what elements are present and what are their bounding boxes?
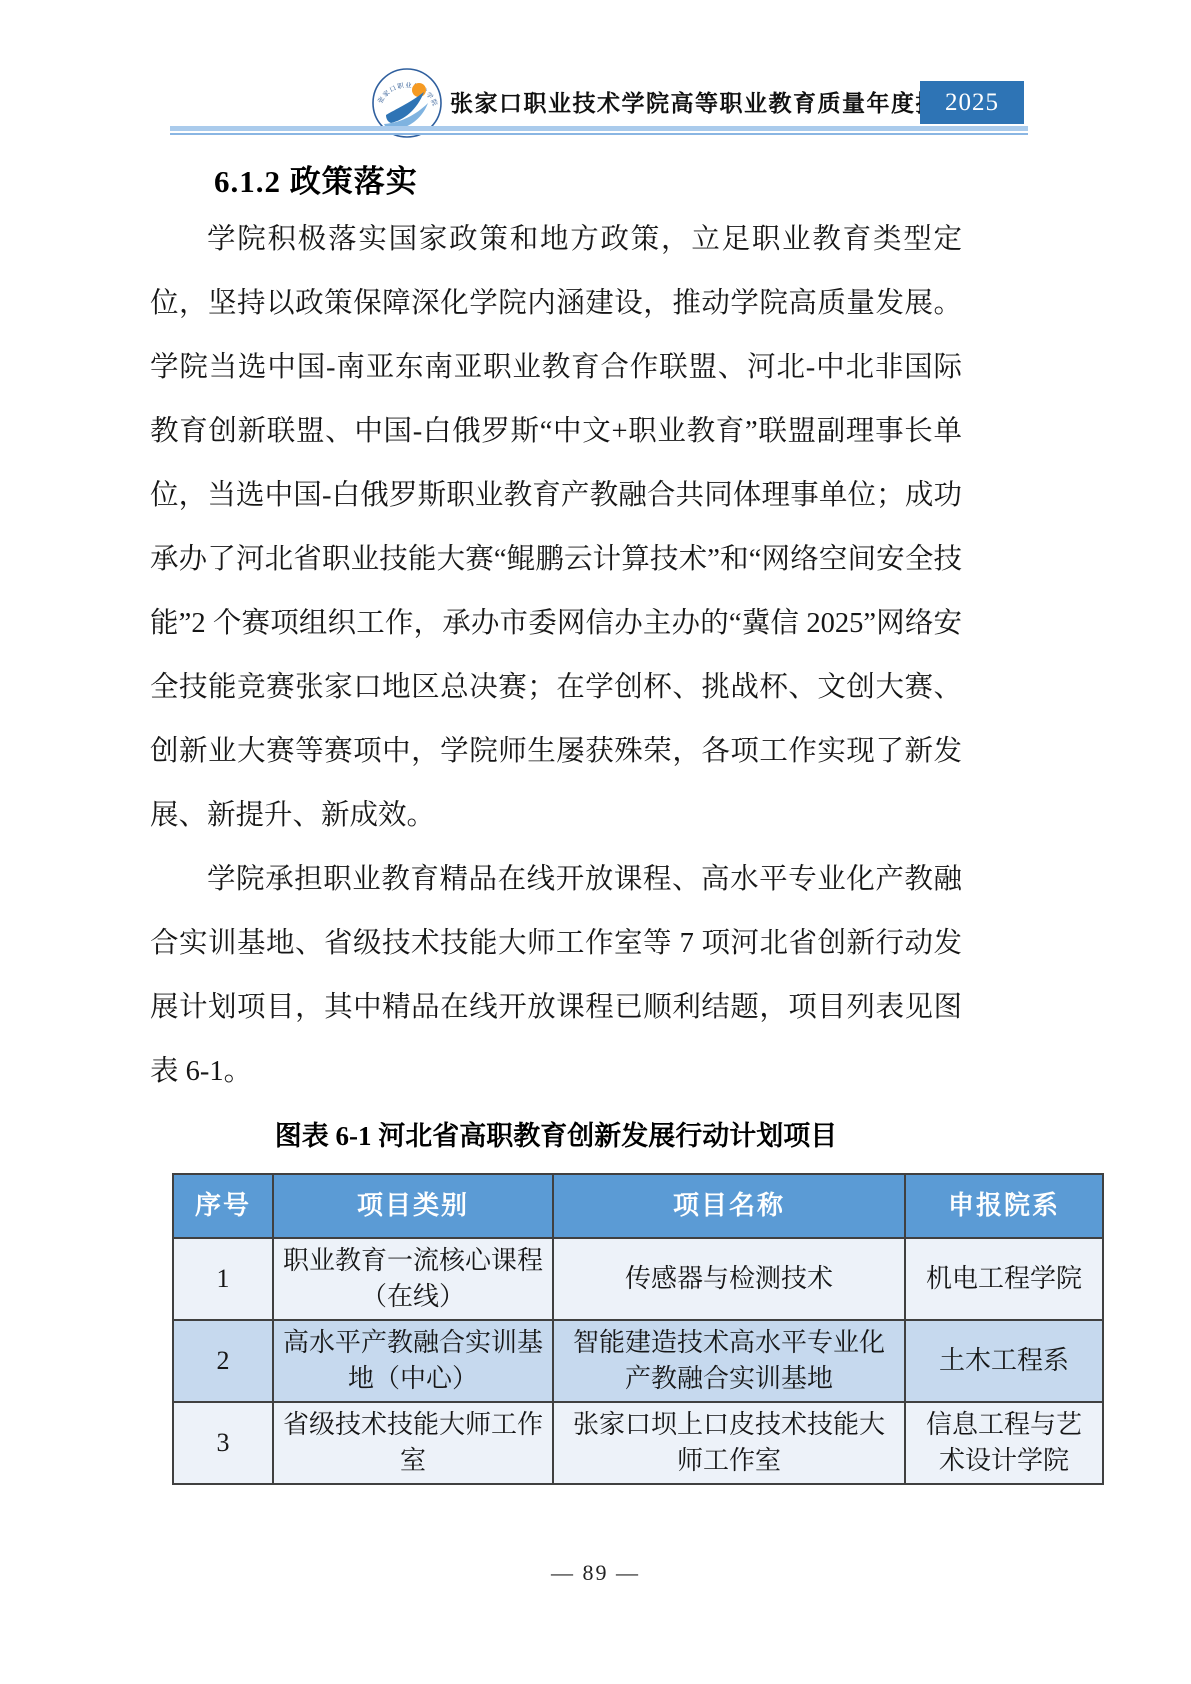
- projects-table: 序号 项目类别 项目名称 申报院系 1 职业教育一流核心课程（在线） 传感器与检…: [172, 1173, 1104, 1485]
- page-number: — 89 —: [0, 1560, 1191, 1586]
- table-row: 1 职业教育一流核心课程（在线） 传感器与检测技术 机电工程学院: [173, 1238, 1103, 1320]
- section-body: 学院积极落实国家政策和地方政策，立足职业教育类型定位，坚持以政策保障深化学院内涵…: [150, 208, 962, 1104]
- table-header: 序号 项目类别 项目名称 申报院系: [173, 1174, 1103, 1238]
- cell-no: 3: [173, 1402, 273, 1484]
- year-badge: 2025: [920, 81, 1024, 124]
- cell-category: 职业教育一流核心课程（在线）: [273, 1238, 553, 1320]
- section-heading: 6.1.2 政策落实: [214, 156, 418, 201]
- column-header-category: 项目类别: [273, 1174, 553, 1238]
- cell-name: 智能建造技术高水平专业化产教融合实训基地: [553, 1320, 905, 1402]
- figure-caption: 图表 6-1 河北省高职教育创新发展行动计划项目: [150, 1114, 962, 1153]
- table-row: 2 高水平产教融合实训基地（中心） 智能建造技术高水平专业化产教融合实训基地 土…: [173, 1320, 1103, 1402]
- paragraph: 学院承担职业教育精品在线开放课程、高水平专业化产教融合实训基地、省级技术技能大师…: [150, 848, 962, 1104]
- paragraph: 学院积极落实国家政策和地方政策，立足职业教育类型定位，坚持以政策保障深化学院内涵…: [150, 208, 962, 848]
- report-title: 张家口职业技术学院高等职业教育质量年度报告: [450, 85, 915, 118]
- column-header-name: 项目名称: [553, 1174, 905, 1238]
- column-header-no: 序号: [173, 1174, 273, 1238]
- cell-category: 省级技术技能大师工作室: [273, 1402, 553, 1484]
- document-page: 张家口职业技术学院 张家口职业技术学院高等职业教育质量年度报告 2025 6.1…: [0, 0, 1191, 1684]
- cell-name: 传感器与检测技术: [553, 1238, 905, 1320]
- cell-dept: 信息工程与艺术设计学院: [905, 1402, 1103, 1484]
- cell-no: 1: [173, 1238, 273, 1320]
- table-row: 3 省级技术技能大师工作室 张家口坝上口皮技术技能大师工作室 信息工程与艺术设计…: [173, 1402, 1103, 1484]
- cell-dept: 土木工程系: [905, 1320, 1103, 1402]
- cell-name: 张家口坝上口皮技术技能大师工作室: [553, 1402, 905, 1484]
- cell-dept: 机电工程学院: [905, 1238, 1103, 1320]
- cell-no: 2: [173, 1320, 273, 1402]
- header-divider: [170, 126, 1028, 135]
- cell-category: 高水平产教融合实训基地（中心）: [273, 1320, 553, 1402]
- column-header-dept: 申报院系: [905, 1174, 1103, 1238]
